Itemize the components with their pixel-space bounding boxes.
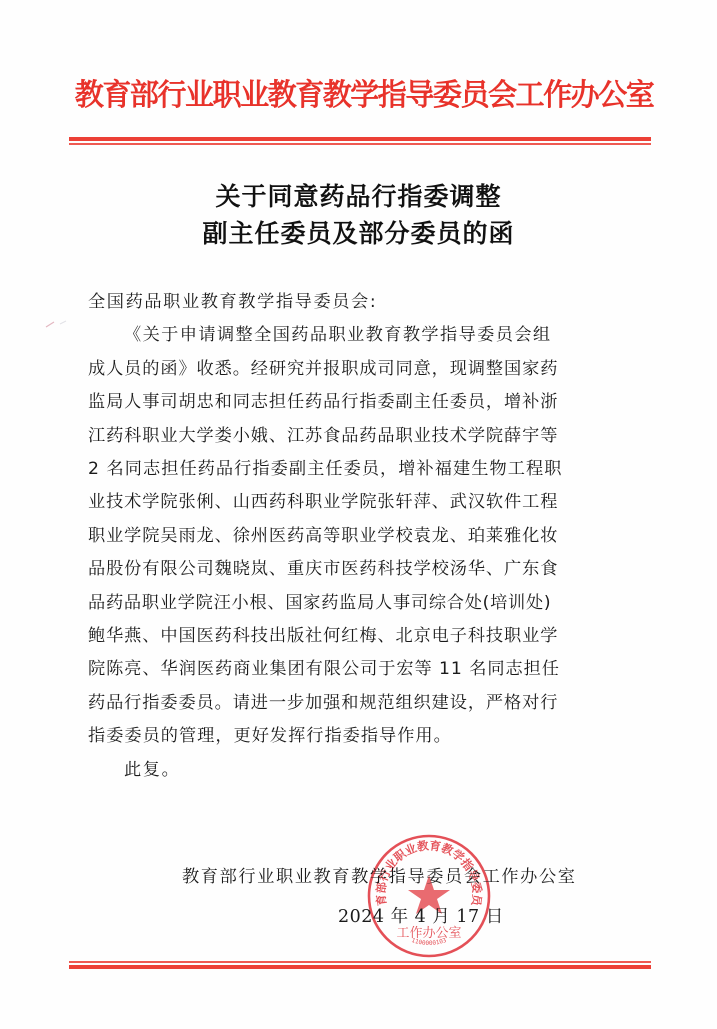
- body-line: 江药科职业大学娄小娥、江苏食品药品职业技术学院薛宇等: [88, 420, 622, 453]
- document-title-line-1: 关于同意药品行指委调整: [100, 177, 617, 213]
- letterhead-rule-thick: [69, 137, 651, 141]
- body-line: 指委委员的管理，更好发挥行指委指导作用。: [88, 720, 622, 753]
- scan-artifact-mark: [44, 316, 74, 330]
- body-line: 品药品职业学院汪小根、国家药监局人事司综合处(培训处): [88, 587, 622, 620]
- official-seal-stamp: 教育部行业职业教育教学指导委员会 工作办公室 1100000103: [366, 833, 492, 959]
- body-line: 监局人事司胡忠和同志担任药品行指委副主任委员，增补浙: [88, 386, 622, 419]
- body-line: 《关于申请调整全国药品职业教育教学指导委员会组: [88, 319, 622, 352]
- document-page: 教育部行业职业教育教学指导委员会工作办公室 关于同意药品行指委调整 副主任委员及…: [0, 0, 717, 1029]
- letterhead-rule-thin: [69, 143, 651, 145]
- letter-body: 全国药品职业教育教学指导委员会: 《关于申请调整全国药品职业教育教学指导委员会组…: [88, 286, 622, 787]
- body-line: 成人员的函》收悉。经研究并报职成司同意，现调整国家药: [88, 353, 622, 386]
- letterhead-title: 教育部行业职业教育教学指导委员会工作办公室: [75, 74, 642, 118]
- body-line: 品股份有限公司魏晓岚、重庆市医药科技学校汤华、广东食: [88, 553, 622, 586]
- closing-remark: 此复。: [88, 754, 622, 787]
- signature-organization: 教育部行业职业教育教学指导委员会工作办公室: [182, 862, 577, 887]
- body-line: 鲍华燕、中国医药科技出版社何红梅、北京电子科技职业学: [88, 620, 622, 653]
- footer-rule-thin: [69, 961, 651, 963]
- salutation: 全国药品职业教育教学指导委员会:: [88, 286, 622, 319]
- body-line: 业技术学院张俐、山西药科职业学院张轩萍、武汉软件工程: [88, 486, 622, 519]
- body-line: 院陈亮、华润医药商业集团有限公司于宏等 11 名同志担任: [88, 653, 622, 686]
- signature-date: 2024 年 4 月 17 日: [338, 903, 504, 928]
- body-line: 2 名同志担任药品行指委副主任委员，增补福建生物工程职: [88, 453, 622, 486]
- body-line: 药品行指委委员。请进一步加强和规范组织建设，严格对行: [88, 687, 622, 720]
- footer-rule-thick: [69, 965, 651, 969]
- body-line: 职业学院吴雨龙、徐州医药高等职业学校袁龙、珀莱雅化妆: [88, 520, 622, 553]
- document-title-line-2: 副主任委员及部分委员的函: [100, 214, 617, 250]
